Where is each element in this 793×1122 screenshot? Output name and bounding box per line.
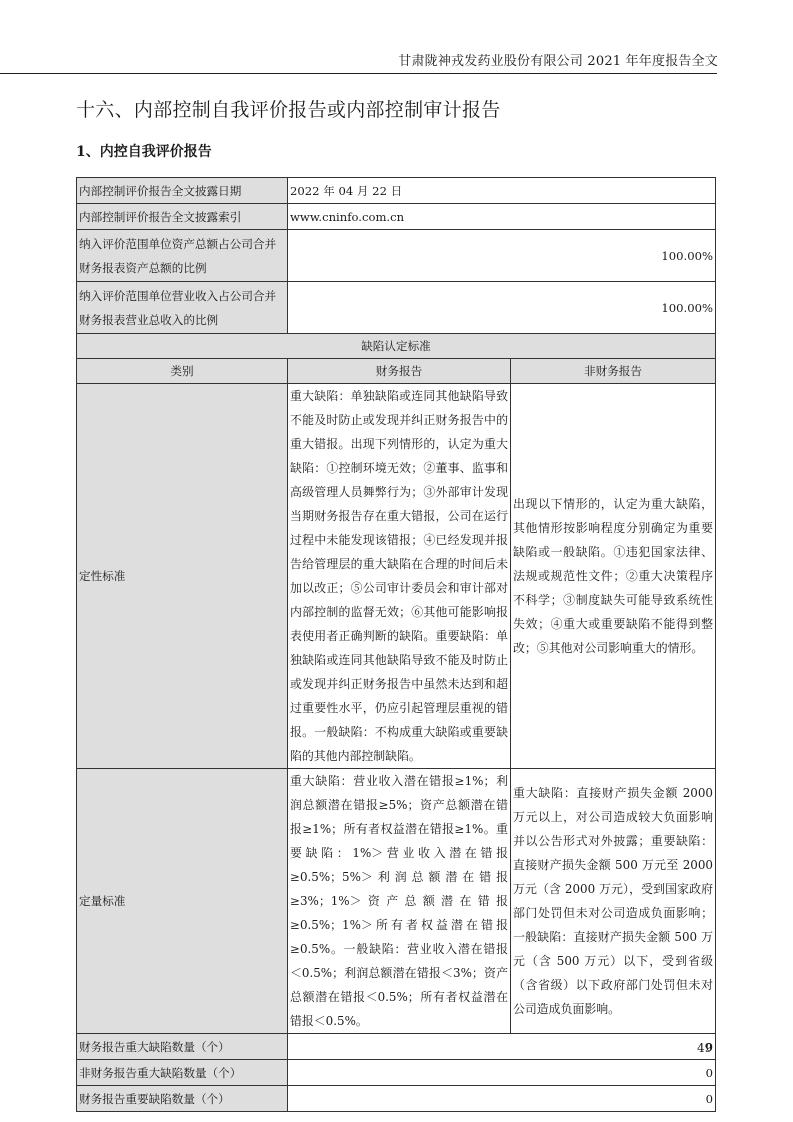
qualitative-criteria-row: 定性标准 重大缺陷：单独缺陷或连同其他缺陷导致不能及时防止或发现并纠正财务报告中… (77, 384, 716, 769)
quantitative-criteria-row: 定量标准 重大缺陷：营业收入潜在错报≥1%；利润总额潜在错报≥5%；资产总额潜在… (77, 769, 716, 1034)
row-value: 2022 年 04 月 22 日 (288, 178, 716, 204)
page-number: 49 (697, 1041, 712, 1055)
financial-criteria-text: 重大缺陷：营业收入潜在错报≥1%；利润总额潜在错报≥5%；资产总额潜在错报≥1%… (288, 769, 511, 1034)
table-row: 纳入评价范围单位营业收入占公司合并财务报表营业总收入的比例 100.00% (77, 282, 716, 334)
table-row: 内部控制评价报告全文披露索引 www.cninfo.com.cn (77, 204, 716, 230)
subsection-title: 1、内控自我评价报告 (76, 141, 212, 161)
count-value: 0 (288, 1086, 716, 1112)
column-header-category: 类别 (77, 359, 288, 384)
table-row: 纳入评价范围单位资产总额占公司合并财务报表资产总额的比例 100.00% (77, 230, 716, 282)
row-value: 100.00% (288, 282, 716, 334)
count-label: 财务报告重要缺陷数量（个） (77, 1086, 288, 1112)
row-label: 纳入评价范围单位资产总额占公司合并财务报表资产总额的比例 (77, 230, 288, 282)
row-label: 纳入评价范围单位营业收入占公司合并财务报表营业总收入的比例 (77, 282, 288, 334)
count-value: 0 (288, 1034, 716, 1060)
count-row: 财务报告重大缺陷数量（个） 0 (77, 1034, 716, 1060)
column-header-row: 类别 财务报告 非财务报告 (77, 359, 716, 384)
section-title: 十六、内部控制自我评价报告或内部控制审计报告 (76, 95, 501, 122)
column-header-non-financial: 非财务报告 (511, 359, 716, 384)
count-label: 财务报告重大缺陷数量（个） (77, 1034, 288, 1060)
count-label: 非财务报告重大缺陷数量（个） (77, 1060, 288, 1086)
defect-standard-title: 缺陷认定标准 (77, 334, 716, 359)
non-financial-criteria-text: 出现以下情形的，认定为重大缺陷，其他情形按影响程度分别确定为重要缺陷或一般缺陷。… (511, 384, 716, 769)
count-row: 非财务报告重大缺陷数量（个） 0 (77, 1060, 716, 1086)
row-label: 内部控制评价报告全文披露索引 (77, 204, 288, 230)
row-value: 100.00% (288, 230, 716, 282)
header-rule (0, 73, 717, 74)
table-row: 内部控制评价报告全文披露日期 2022 年 04 月 22 日 (77, 178, 716, 204)
column-header-financial: 财务报告 (288, 359, 511, 384)
running-header-title: 甘肃陇神戎发药业股份有限公司 2021 年年度报告全文 (398, 50, 718, 69)
non-financial-criteria-text: 重大缺陷：直接财产损失金额 2000 万元以上，对公司造成较大负面影响并以公告形… (511, 769, 716, 1034)
criteria-category: 定量标准 (77, 769, 288, 1034)
row-value: www.cninfo.com.cn (288, 204, 716, 230)
internal-control-table: 内部控制评价报告全文披露日期 2022 年 04 月 22 日 内部控制评价报告… (76, 177, 716, 1112)
count-value: 0 (288, 1060, 716, 1086)
defect-standard-header-row: 缺陷认定标准 (77, 334, 716, 359)
count-row: 财务报告重要缺陷数量（个） 0 (77, 1086, 716, 1112)
row-label: 内部控制评价报告全文披露日期 (77, 178, 288, 204)
financial-criteria-text: 重大缺陷：单独缺陷或连同其他缺陷导致不能及时防止或发现并纠正财务报告中的重大错报… (288, 384, 511, 769)
criteria-category: 定性标准 (77, 384, 288, 769)
